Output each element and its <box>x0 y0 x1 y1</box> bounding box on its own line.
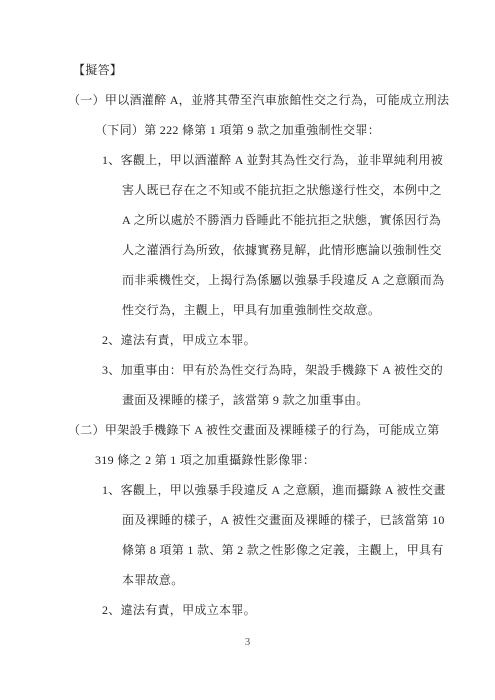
text-line: （一）甲以酒灌醉 A，並將其帶至汽車旅館性交之行為，可能成立刑法 <box>0 85 433 115</box>
text-line: 而非乘機性交，上揭行為係屬以強暴手段違反 A 之意願而為 <box>0 265 433 295</box>
text-line: （下同）第 222 條第 1 項第 9 款之加重強制性交罪： <box>0 115 495 145</box>
text-line: 面及裸睡的樣子，A 被性交畫面及裸睡的樣子，已該當第 10 <box>0 505 433 535</box>
page-number: 3 <box>0 630 495 654</box>
answer-body: 【擬答】 （一）甲以酒灌醉 A，並將其帶至汽車旅館性交之行為，可能成立刑法 （下… <box>0 55 495 625</box>
text-line: 1、客觀上，甲以酒灌醉 A 並對其為性交行為，並非單純利用被 <box>0 145 433 175</box>
text-line: 本罪故意。 <box>0 565 495 595</box>
document-page: 【擬答】 （一）甲以酒灌醉 A，並將其帶至汽車旅館性交之行為，可能成立刑法 （下… <box>0 0 495 700</box>
text-line: （二）甲架設手機錄下 A 被性交畫面及裸睡樣子的行為，可能成立第 <box>0 415 433 445</box>
answer-heading: 【擬答】 <box>0 55 495 85</box>
text-line: A 之所以處於不勝酒力昏睡此不能抗拒之狀態，實係因行為 <box>0 205 433 235</box>
text-line: 害人既已存在之不知或不能抗拒之狀態遂行性交，本例中之 <box>0 175 433 205</box>
text-line: 1、客觀上，甲以強暴手段違反 A 之意願，進而攝錄 A 被性交畫 <box>0 475 433 505</box>
text-line: 2、違法有責，甲成立本罪。 <box>0 595 495 625</box>
text-line: 319 條之 2 第 1 項之加重攝錄性影像罪： <box>0 445 495 475</box>
text-line: 畫面及裸睡的樣子，該當第 9 款之加重事由。 <box>0 385 495 415</box>
text-line: 3、加重事由：甲有於為性交行為時，架設手機錄下 A 被性交的 <box>0 355 433 385</box>
text-line: 2、違法有責，甲成立本罪。 <box>0 325 495 355</box>
text-line: 性交行為，主觀上，甲具有加重強制性交故意。 <box>0 295 495 325</box>
text-line: 人之灌酒行為所致，依據實務見解，此情形應論以強制性交 <box>0 235 433 265</box>
text-line: 條第 8 項第 1 款、第 2 款之性影像之定義，主觀上，甲具有 <box>0 535 433 565</box>
